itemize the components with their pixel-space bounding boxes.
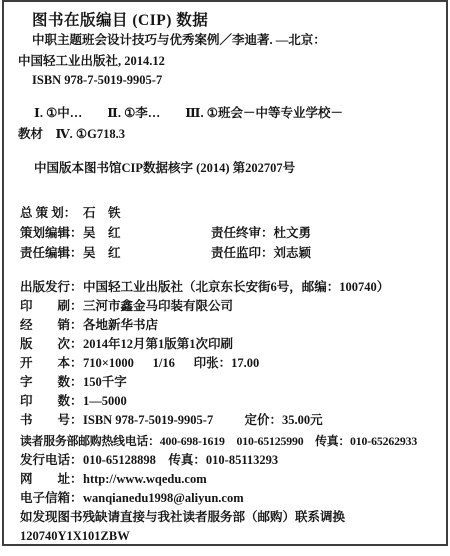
copyright-page: 图书在版编目 (CIP) 数据 中职主题班会设计技巧与优秀案例／李迪著. —北京…: [2, 0, 448, 546]
staff-value: 吴 红: [83, 223, 211, 243]
publication-row: 印 数： 1—5000: [20, 392, 444, 411]
contact-label: 发行电话：: [20, 451, 83, 470]
staff-row: 策划编辑： 吴 红 责任终审： 杜文勇: [20, 223, 440, 243]
publication-label: 出版发行：: [20, 278, 83, 297]
staff-value: 吴 红: [83, 243, 211, 263]
staff-label-right: 责任终审：: [211, 223, 274, 243]
email-address: wanqianedu1998@aliyun.com: [83, 489, 244, 508]
isbn-line: ISBN 978-7-5019-9905-7: [32, 73, 162, 89]
contact-block: 读者服务部邮购热线电话：400-698-1619 010-65125990 传真…: [20, 432, 446, 546]
publication-label: 版 次：: [20, 335, 83, 354]
publication-label: 印 刷：: [20, 297, 83, 316]
staff-value: 石 铁: [83, 203, 211, 223]
publication-value: 中国轻工业出版社（北京东长安街6号，邮编：100740）: [83, 278, 389, 297]
publication-row: 开 本： 710×1000 1/16 印张：17.00: [20, 354, 444, 373]
publication-label: 书 号：: [20, 411, 83, 430]
contact-label: 网 址：: [20, 470, 83, 489]
publication-row: 字 数： 150千字: [20, 373, 444, 392]
cip-title: 图书在版编目 (CIP) 数据: [32, 8, 208, 30]
staff-block: 总 策 划： 石 铁 策划编辑： 吴 红 责任终审： 杜文勇 责任编辑： 吴 红…: [20, 203, 440, 263]
staff-row: 总 策 划： 石 铁: [20, 203, 440, 223]
publication-label: 印 数：: [20, 392, 83, 411]
website-url: http://www.wqedu.com: [83, 470, 207, 489]
contact-label: 电子信箱：: [20, 489, 83, 508]
publication-block: 出版发行： 中国轻工业出版社（北京东长安街6号，邮编：100740） 印 刷： …: [20, 278, 444, 430]
classification-line-1: Ⅰ. ①中… Ⅱ. ①李… Ⅲ. ①班会－中等专业学校－: [34, 106, 343, 122]
staff-label: 总 策 划：: [20, 203, 83, 223]
bibliography-line-1: 中职主题班会设计技巧与优秀案例／李迪著. —北京：: [32, 33, 326, 49]
reader-service-hotline: 读者服务部邮购热线电话：400-698-1619 010-65125990 传真…: [20, 432, 446, 451]
publication-value: 710×1000 1/16 印张：17.00: [83, 354, 259, 373]
publication-value: 150千字: [83, 373, 127, 392]
staff-label: 策划编辑：: [20, 223, 83, 243]
publication-row: 经 销： 各地新华书店: [20, 316, 444, 335]
cip-record-number: 中国版本图书馆CIP数据核字 (2014) 第202707号: [34, 161, 295, 177]
publication-row: 出版发行： 中国轻工业出版社（北京东长安街6号，邮编：100740）: [20, 278, 444, 297]
distribution-phone: 010-65128898 传真：010-85113293: [83, 451, 278, 470]
bibliography-line-2: 中国轻工业出版社, 2014.12: [18, 54, 165, 70]
staff-row: 责任编辑： 吴 红 责任监印： 刘志颖: [20, 243, 440, 263]
defect-exchange-notice: 如发现图书残缺请直接与我社读者服务部（邮购）联系调换: [20, 508, 446, 527]
publication-row: 版 次： 2014年12月第1版第1次印刷: [20, 335, 444, 354]
staff-label: 责任编辑：: [20, 243, 83, 263]
staff-value-right: 刘志颖: [274, 243, 312, 263]
staff-value-right: 杜文勇: [274, 223, 312, 243]
contact-row: 发行电话： 010-65128898 传真：010-85113293: [20, 451, 446, 470]
publication-row: 书 号： ISBN 978-7-5019-9905-7 定价：35.00元: [20, 411, 444, 430]
publication-label: 开 本：: [20, 354, 83, 373]
publication-value: 三河市鑫金马印装有限公司: [83, 297, 233, 316]
classification-line-2: 教材 Ⅳ. ①G718.3: [18, 127, 125, 143]
contact-row: 网 址： http://www.wqedu.com: [20, 470, 446, 489]
publication-label: 字 数：: [20, 373, 83, 392]
book-production-code: 120740Y1X101ZBW: [20, 527, 446, 546]
publication-label: 经 销：: [20, 316, 83, 335]
publication-value: ISBN 978-7-5019-9905-7 定价：35.00元: [83, 411, 323, 430]
contact-row: 电子信箱： wanqianedu1998@aliyun.com: [20, 489, 446, 508]
staff-label-right: 责任监印：: [211, 243, 274, 263]
publication-row: 印 刷： 三河市鑫金马印装有限公司: [20, 297, 444, 316]
publication-value: 各地新华书店: [83, 316, 158, 335]
publication-value: 1—5000: [83, 392, 127, 411]
publication-value: 2014年12月第1版第1次印刷: [83, 335, 233, 354]
